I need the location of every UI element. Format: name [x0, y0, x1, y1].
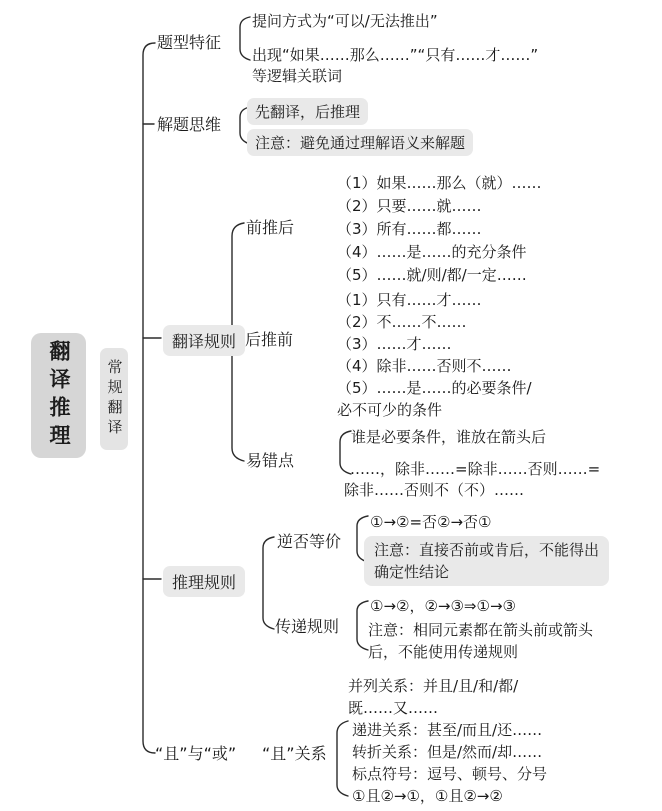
list-item: （4）……是……的充分条件 [337, 244, 527, 261]
note-line: 确定性结论 [374, 561, 599, 583]
trunk-line [143, 43, 155, 753]
note-line: 注意：相同元素都在箭头前或箭头 [368, 622, 593, 639]
list-item: 既……又…… [348, 700, 438, 717]
jieti-note-highlight: 注意：避免通过理解语义来解题 [247, 129, 473, 156]
list-item: 除非……否则不（不）…… [344, 482, 524, 499]
list-item: （1）只有……才…… [337, 292, 482, 309]
list-item: （2）只要……就…… [337, 198, 482, 215]
sub-label-nifou: 逆否等价 [277, 533, 341, 550]
formula: ①→②=否②→否① [370, 514, 492, 531]
bracket-tuili [263, 537, 274, 629]
list-item: （4）除非……否则不…… [337, 358, 512, 375]
branch-label-tixing: 题型特征 [157, 34, 221, 51]
note-line: 注意：直接否前或肯后，不能得出 [374, 539, 599, 561]
list-item: 必不可少的条件 [337, 402, 442, 419]
tixing-item: 等逻辑关联词 [252, 68, 342, 85]
list-item: 递进关系：甚至/而且/还…… [352, 722, 542, 739]
sub-label-yicuodian: 易错点 [246, 452, 294, 469]
list-item: （5）……就/则/都/一定…… [337, 267, 527, 284]
list-item: （1）如果……那么（就）…… [337, 175, 542, 192]
subroot-node: 常规翻译 [100, 348, 128, 450]
root-node-label: 翻译推理 [48, 340, 69, 452]
list-item: 转折关系：但是/然而/却…… [352, 744, 542, 761]
mindmap-canvas: 翻译推理 常规翻译 题型特征 提问方式为“可以/无法推出” 出现“如果……那么…… [0, 0, 662, 811]
branch-node-tuili: 推理规则 [163, 566, 245, 597]
branch-label-qie: “且”与“或” [155, 745, 236, 762]
sub-label-chuandi: 传递规则 [275, 618, 339, 635]
bracket-tixing [240, 17, 250, 60]
bracket-chuandi [357, 601, 368, 650]
sub-label-houtuiqian: 后推前 [245, 331, 293, 348]
bracket-qie [337, 721, 348, 796]
note-line: 后，不能使用传递规则 [368, 644, 518, 661]
list-item: ……，除非……=除非……否则……= [350, 461, 600, 478]
list-item: （5）……是……的必要条件/ [337, 380, 532, 397]
list-item: 标点符号：逗号、顿号、分号 [352, 766, 547, 783]
nifou-note-highlight: 注意：直接否前或肯后，不能得出 确定性结论 [364, 536, 609, 586]
sub-label-qie-relation: “且”关系 [262, 745, 327, 762]
formula: ①→②，②→③⇒①→③ [370, 598, 516, 615]
list-item: ①且②→①，①且②→② [352, 788, 503, 805]
list-item: （2）不……不…… [337, 314, 467, 331]
sub-label-qiantuihou: 前推后 [246, 219, 294, 236]
list-item: 谁是必要条件，谁放在箭头后 [351, 429, 546, 446]
tixing-item: 出现“如果……那么……”“只有……才……” [252, 47, 538, 64]
branch-label-jieti: 解题思维 [157, 116, 221, 133]
list-item: 并列关系：并且/且/和/都/ [348, 678, 518, 695]
list-item: （3）所有……都…… [337, 221, 482, 238]
jieti-note-highlight: 先翻译，后推理 [247, 98, 368, 125]
subroot-node-label: 常规翻译 [107, 359, 122, 439]
list-item: （3）……才…… [337, 336, 452, 353]
root-node: 翻译推理 [31, 333, 86, 458]
tixing-item: 提问方式为“可以/无法推出” [252, 13, 438, 30]
branch-node-fanyi: 翻译规则 [163, 325, 245, 356]
